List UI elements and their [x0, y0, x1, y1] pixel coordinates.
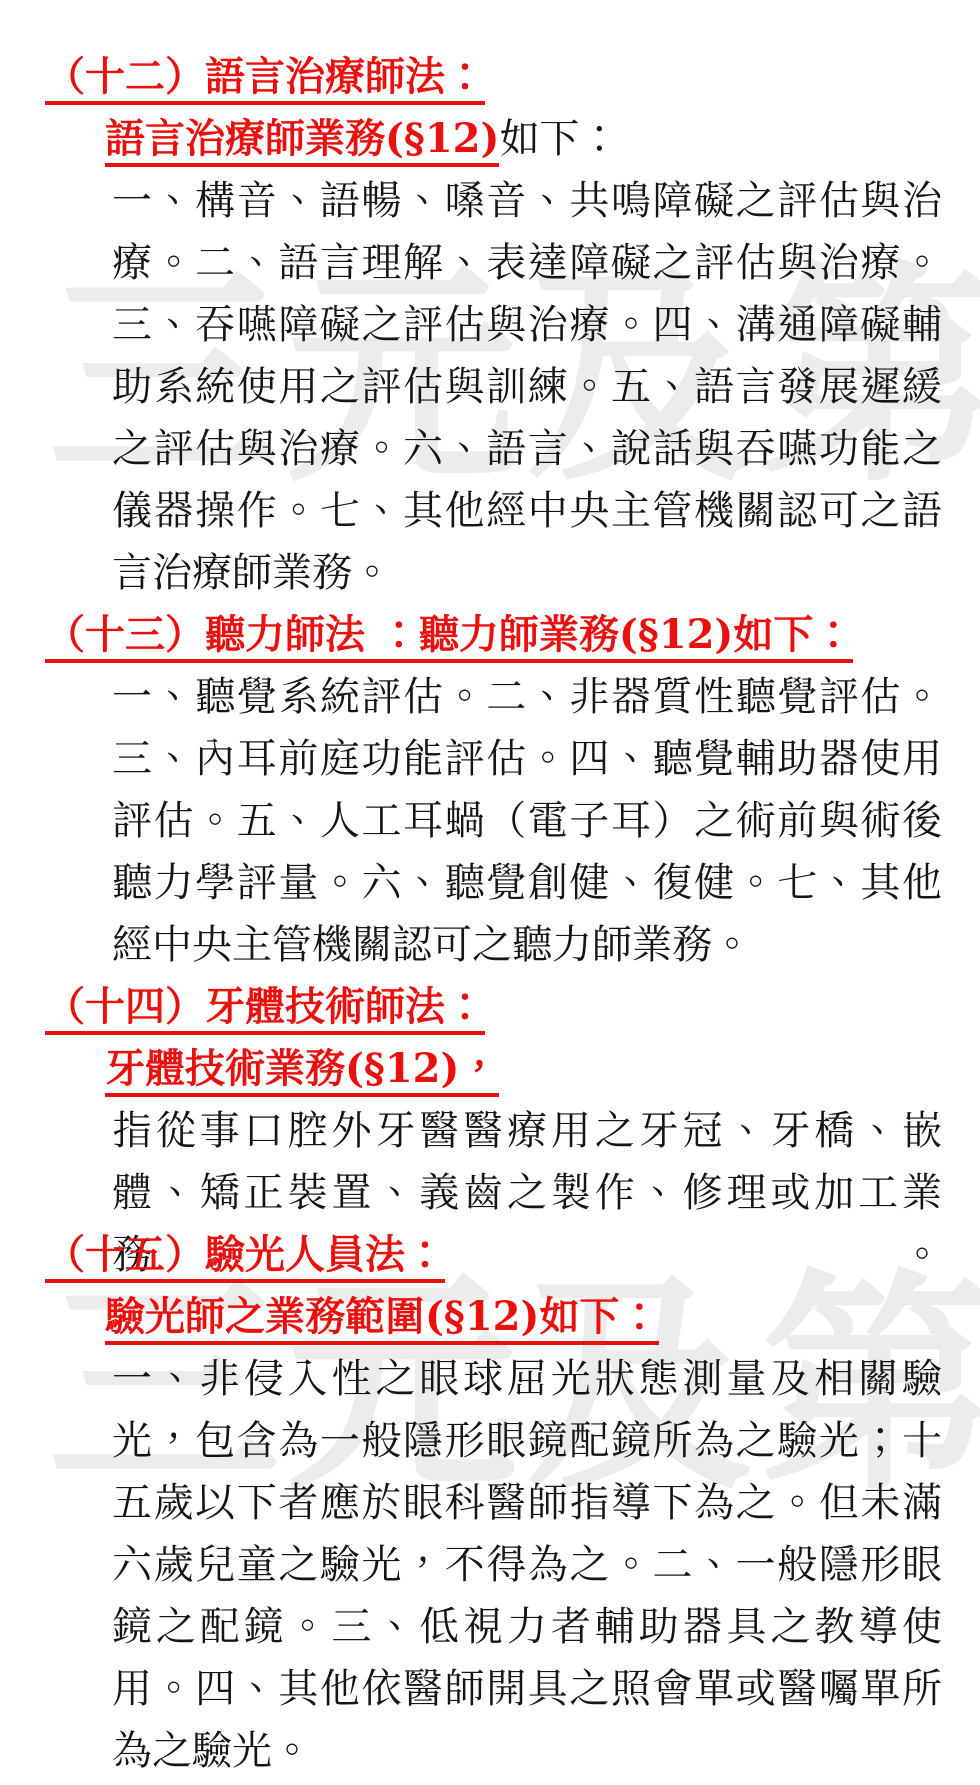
body-line: 五歲以下者應於眼科醫師指導下為之。但未滿 [112, 1472, 942, 1534]
body-line: 鏡之配鏡。三、低視力者輔助器具之教導使 [112, 1596, 942, 1658]
subheading-optometrist-scope: 驗光師之業務範圍(§12)如下： [105, 1286, 980, 1348]
body-text: 一、聽覺系統評估。二、非器質性聽覺評估。 [112, 674, 942, 720]
body-text: 助系統使用之評估與訓練。五、語言發展遲緩 [112, 364, 942, 410]
body-text: 指從事口腔外牙醫醫療用之牙冠、牙橋、嵌 [112, 1108, 942, 1154]
body-text: 經中央主管機關認可之聽力師業務。 [112, 922, 752, 968]
subheading-red-text: 語言治療師業務(§12) [105, 115, 499, 167]
document-content: （十二）語言治療師法： 語言治療師業務(§12)如下： 一、構音、語暢、嗓音、共… [0, 0, 980, 1782]
body-text: 評估。五、人工耳蝸（電子耳）之術前與術後 [112, 798, 942, 844]
body-text: 療。二、語言理解、表達障礙之評估與治療。 [112, 240, 942, 286]
body-text: 為之驗光。 [112, 1728, 312, 1774]
body-text: 言治療師業務。 [112, 550, 392, 596]
body-text: 一、非侵入性之眼球屈光狀態測量及相關驗 [112, 1356, 942, 1402]
body-line: 一、聽覺系統評估。二、非器質性聽覺評估。 [112, 666, 942, 728]
body-line: 之評估與治療。六、語言、說話與吞嚥功能之 [112, 418, 942, 480]
body-line: 評估。五、人工耳蝸（電子耳）之術前與術後 [112, 790, 942, 852]
document-page: 三元及第 三元及第 （十二）語言治療師法： 語言治療師業務(§12)如下： 一、… [0, 0, 980, 1785]
body-line: 療。二、語言理解、表達障礙之評估與治療。 [112, 232, 942, 294]
body-text: 光，包含為一般隱形眼鏡配鏡所為之驗光；十 [112, 1418, 942, 1464]
body-line: 六歲兒童之驗光，不得為之。二、一般隱形眼 [112, 1534, 942, 1596]
subheading-tail-text: 如下： [499, 116, 619, 162]
section-heading-14-text: （十四）牙體技術師法： [45, 983, 485, 1035]
body-text: 儀器操作。七、其他經中央主管機關認可之語 [112, 488, 942, 534]
body-line: 用。四、其他依醫師開具之照會單或醫囑單所 [112, 1658, 942, 1720]
body-text: 用。四、其他依醫師開具之照會單或醫囑單所 [112, 1666, 942, 1712]
body-line: 指從事口腔外牙醫醫療用之牙冠、牙橋、嵌 [112, 1100, 942, 1162]
section-heading-15-text: （十五）驗光人員法： [45, 1231, 445, 1283]
body-line: 言治療師業務。 [112, 542, 980, 604]
section-heading-12-text: （十二）語言治療師法： [45, 53, 485, 105]
section-heading-13: （十三）聽力師法 ：聽力師業務(§12)如下： [45, 604, 980, 666]
body-line: 經中央主管機關認可之聽力師業務。 [112, 914, 980, 976]
body-text: 三、內耳前庭功能評估。四、聽覺輔助器使用 [112, 736, 942, 782]
body-text: 一、構音、語暢、嗓音、共鳴障礙之評估與治 [112, 178, 942, 224]
body-line: 一、構音、語暢、嗓音、共鳴障礙之評估與治 [112, 170, 942, 232]
section-heading-14: （十四）牙體技術師法： [45, 976, 980, 1038]
body-text: 三、吞嚥障礙之評估與治療。四、溝通障礙輔 [112, 302, 942, 348]
body-line: 助系統使用之評估與訓練。五、語言發展遲緩 [112, 356, 942, 418]
subheading-red-text: 牙體技術業務(§12)， [105, 1045, 499, 1097]
body-line: 三、內耳前庭功能評估。四、聽覺輔助器使用 [112, 728, 942, 790]
body-line: 光，包含為一般隱形眼鏡配鏡所為之驗光；十 [112, 1410, 942, 1472]
body-line: 為之驗光。 [112, 1720, 980, 1782]
body-line: 聽力學評量。六、聽覺創健、復健。七、其他 [112, 852, 942, 914]
subheading-speech-therapist-duties: 語言治療師業務(§12)如下： [105, 108, 980, 170]
body-text: 聽力學評量。六、聽覺創健、復健。七、其他 [112, 860, 942, 906]
body-text: 之評估與治療。六、語言、說話與吞嚥功能之 [112, 426, 942, 472]
section-heading-12: （十二）語言治療師法： [45, 46, 980, 108]
body-line: 一、非侵入性之眼球屈光狀態測量及相關驗 [112, 1348, 942, 1410]
body-line: 體、矯正裝置、義齒之製作、修理或加工業務。 [112, 1162, 942, 1224]
body-line: 三、吞嚥障礙之評估與治療。四、溝通障礙輔 [112, 294, 942, 356]
body-text: 五歲以下者應於眼科醫師指導下為之。但未滿 [112, 1480, 942, 1526]
body-line: 儀器操作。七、其他經中央主管機關認可之語 [112, 480, 942, 542]
section-heading-13-text: （十三）聽力師法 ：聽力師業務(§12)如下： [45, 611, 853, 663]
body-text: 六歲兒童之驗光，不得為之。二、一般隱形眼 [112, 1542, 942, 1588]
body-text: 鏡之配鏡。三、低視力者輔助器具之教導使 [112, 1604, 942, 1650]
subheading-dental-technician-duties: 牙體技術業務(§12)， [105, 1038, 980, 1100]
subheading-red-text: 驗光師之業務範圍(§12)如下： [105, 1293, 659, 1345]
